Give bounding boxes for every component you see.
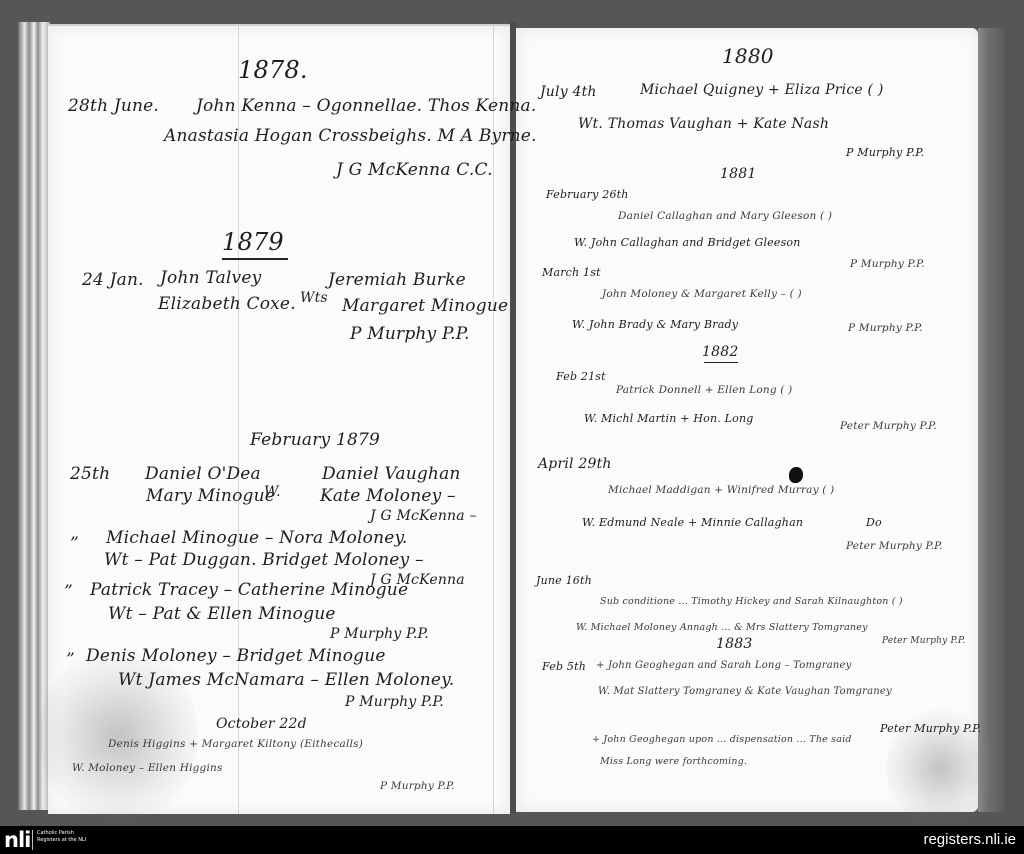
entry-line: Patrick Donnell + Ellen Long ( )	[616, 384, 792, 396]
signature: Peter Murphy P.P.	[846, 540, 943, 552]
entry-date: 28th June.	[68, 96, 159, 116]
entry-date: February 26th	[546, 188, 629, 201]
ditto-mark: ”	[66, 650, 75, 670]
entry-date: 24 Jan.	[82, 270, 144, 290]
signature: P Murphy P.P.	[330, 626, 429, 642]
year-heading-1878: 1878.	[238, 56, 308, 84]
signature: P Murphy P.P.	[380, 780, 455, 792]
signature: J G McKenna C.C.	[336, 160, 493, 180]
entry-line: Wt – Pat Duggan. Bridget Moloney –	[104, 550, 424, 570]
ditto-mark: Do	[866, 516, 882, 529]
entry-line: W. John Brady & Mary Brady	[572, 318, 738, 331]
entry-line: Michael Quigney + Eliza Price ( )	[640, 82, 884, 98]
entry-date: Feb 5th	[542, 660, 586, 673]
entry-date: Feb 21st	[556, 370, 606, 383]
signature: P Murphy P.P.	[846, 146, 924, 159]
witness-label: W.	[264, 484, 281, 500]
entry-date: April 29th	[538, 456, 612, 472]
year-heading-1880: 1880	[722, 44, 774, 68]
entry-line: Patrick Tracey – Catherine Minogue	[90, 580, 408, 600]
entry-date: October 22d	[216, 716, 307, 732]
ditto-mark: ”	[64, 582, 73, 602]
entry-line: W. Michael Moloney Annagh ... & Mrs Slat…	[576, 622, 868, 633]
entry-line: Michael Maddigan + Winifred Murray ( )	[608, 484, 834, 496]
entry-note: + John Geoghegan upon ... dispensation .…	[592, 734, 852, 745]
witness-name: Daniel Vaughan	[322, 464, 461, 484]
witness-name: Kate Moloney –	[320, 486, 456, 506]
entry-line: W. Mat Slattery Tomgraney & Kate Vaughan…	[598, 686, 892, 697]
year-heading-1883: 1883	[716, 636, 752, 652]
logo-tagline: Catholic Parish Registers at the NLI	[37, 830, 97, 843]
entry-date: 25th	[70, 464, 110, 484]
entry-line: Denis Moloney – Bridget Minogue	[86, 646, 386, 666]
entry-line: Wt. Thomas Vaughan + Kate Nash	[578, 116, 829, 132]
witness-name: Jeremiah Burke	[328, 270, 466, 290]
witness-name: Margaret Minogue	[342, 296, 508, 316]
groom-name: John Talvey	[160, 268, 261, 288]
ink-blot	[789, 467, 803, 483]
month-heading: February 1879	[250, 430, 380, 450]
entry-line: W. John Callaghan and Bridget Gleeson	[574, 236, 801, 249]
entry-note: Miss Long were forthcoming.	[600, 756, 747, 767]
entry-line: Mary Minogue	[146, 486, 275, 506]
signature: P Murphy P.P.	[350, 324, 470, 344]
entry-date: July 4th	[540, 84, 597, 100]
entry-line: W. Michl Martin + Hon. Long	[584, 412, 753, 425]
heading-underline	[222, 258, 288, 260]
signature: P Murphy P.P.	[345, 694, 444, 710]
signature: J G McKenna –	[370, 508, 477, 524]
logo-divider	[32, 830, 33, 850]
signature: Peter Murphy P.P.	[880, 722, 981, 735]
book-edge-right	[978, 28, 1004, 812]
year-heading-1879: 1879	[222, 228, 284, 256]
entry-line: John Kenna – Ogonnellae. Thos Kenna.	[196, 96, 536, 116]
signature: Peter Murphy P.P.	[840, 420, 937, 432]
entry-date: March 1st	[542, 266, 601, 279]
footer-bar: nli Catholic Parish Registers at the NLI…	[0, 826, 1024, 854]
year-heading-1881: 1881	[720, 166, 756, 182]
entry-line: Michael Minogue – Nora Moloney.	[106, 528, 408, 548]
book-spine-edge-left	[18, 22, 50, 810]
entry-line: Sub conditione ... Timothy Hickey and Sa…	[600, 596, 903, 607]
entry-line: Denis Higgins + Margaret Kiltony (Eithec…	[108, 738, 363, 750]
entry-line: Wt James McNamara – Ellen Moloney.	[118, 670, 454, 690]
entry-line: + John Geoghegan and Sarah Long – Tomgra…	[596, 660, 851, 671]
year-heading-1882: 1882	[702, 344, 738, 360]
entry-date: June 16th	[536, 574, 592, 587]
heading-underline	[704, 362, 738, 363]
entry-line: Daniel O'Dea	[145, 464, 261, 484]
entry-line: Wt – Pat & Ellen Minogue	[108, 604, 336, 624]
signature: P Murphy P.P.	[850, 258, 925, 270]
entry-line: Daniel Callaghan and Mary Gleeson ( )	[618, 210, 832, 222]
entry-line: John Moloney & Margaret Kelly – ( )	[602, 288, 802, 300]
site-link[interactable]: registers.nli.ie	[923, 831, 1016, 848]
document-viewer[interactable]: 1878. 28th June. John Kenna – Ogonnellae…	[0, 0, 1024, 826]
bride-name: Elizabeth Coxe.	[158, 294, 296, 314]
witness-label: Wts	[300, 290, 328, 306]
entry-line: W. Moloney – Ellen Higgins	[72, 762, 223, 774]
entry-line: Anastasia Hogan Crossbeighs. M A Byrne.	[164, 126, 537, 146]
entry-line: W. Edmund Neale + Minnie Callaghan	[582, 516, 803, 529]
signature: Peter Murphy P.P.	[882, 636, 966, 646]
signature: P Murphy P.P.	[848, 322, 923, 334]
ditto-mark: ”	[70, 534, 79, 554]
nli-logo[interactable]: nli	[4, 829, 30, 851]
